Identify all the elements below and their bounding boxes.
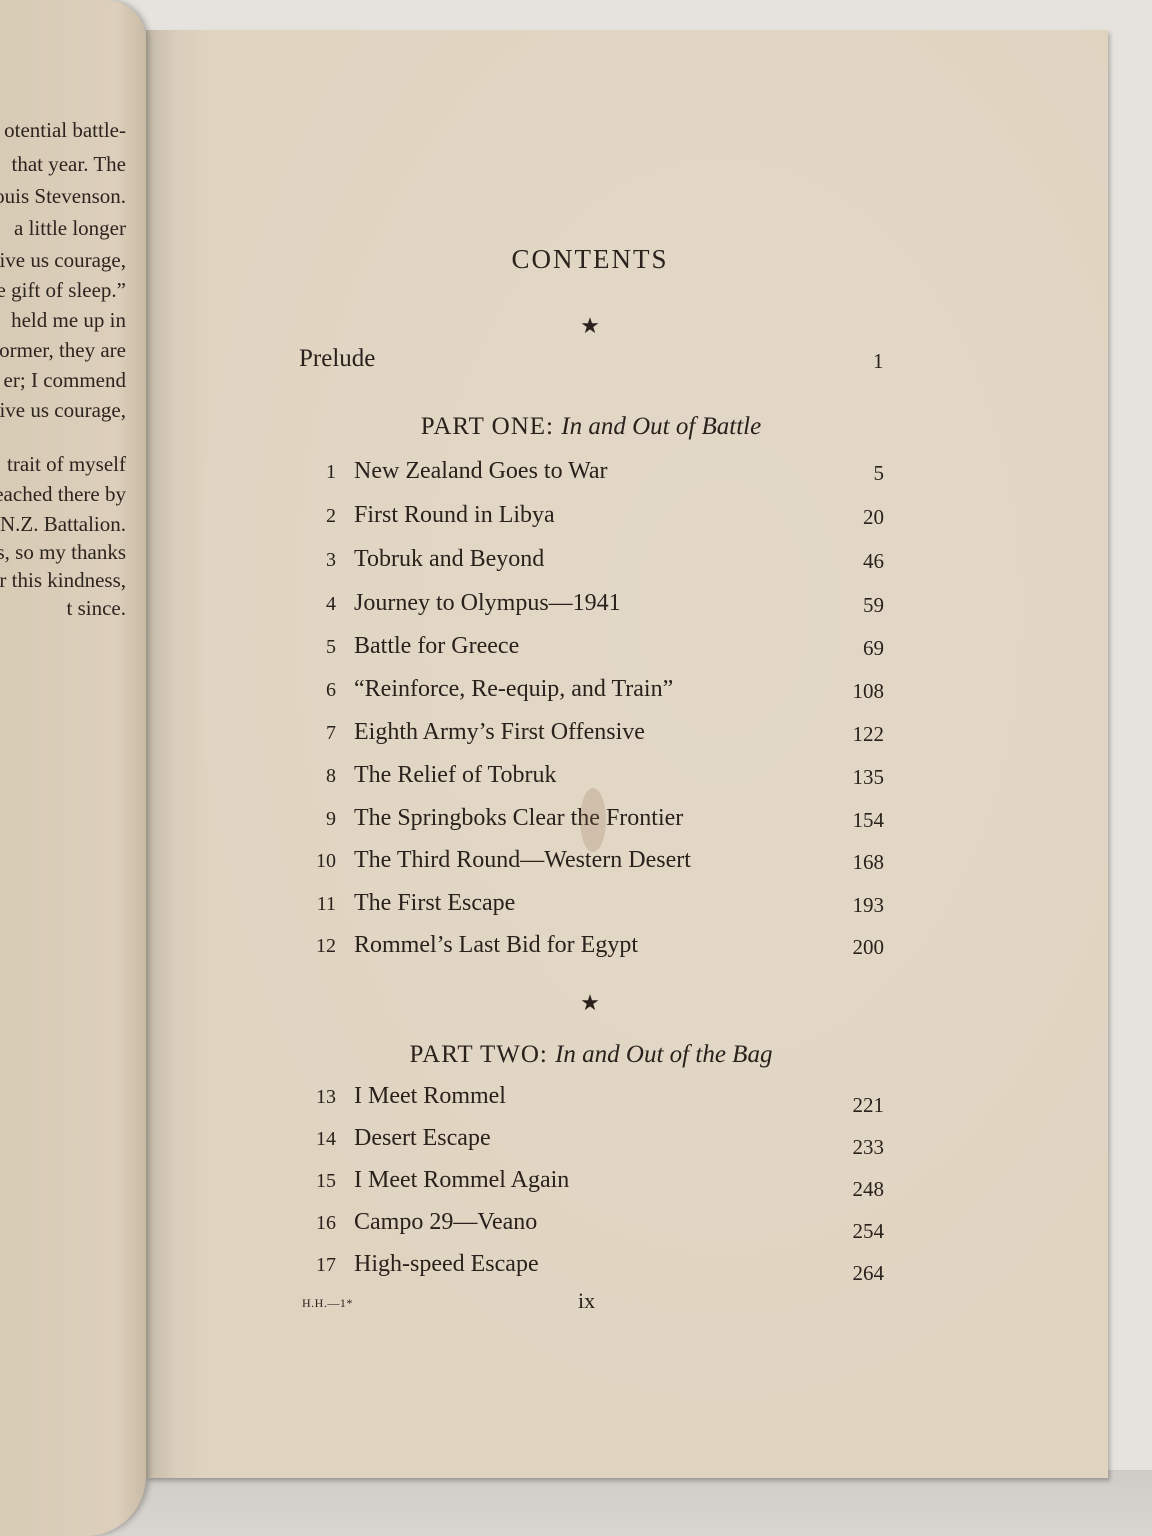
left-page: otential battle- that year. The ouis Ste… — [0, 0, 146, 1536]
chapter-page: 248 — [853, 1177, 885, 1202]
toc-row: 15 I Meet Rommel Again 248 — [300, 1167, 884, 1203]
chapter-number: 4 — [300, 593, 336, 616]
part-subtitle: In and Out of Battle — [561, 413, 761, 440]
chapter-title: Eighth Army’s First Offensive — [354, 719, 645, 746]
chapter-number: 14 — [300, 1128, 336, 1151]
chapter-title: The Relief of Tobruk — [354, 762, 557, 789]
chapter-number: 5 — [300, 636, 336, 659]
left-page-line: es, so my thanks — [0, 540, 126, 565]
left-page-line: trait of myself — [7, 452, 126, 477]
star-divider-icon: ★ — [0, 990, 1152, 1016]
chapter-page: 193 — [853, 893, 885, 918]
prelude-page: 1 — [873, 349, 884, 374]
chapter-number: 8 — [300, 765, 336, 788]
chapter-number: 16 — [300, 1212, 336, 1235]
chapter-page: 221 — [853, 1093, 885, 1118]
chapter-title: “Reinforce, Re-equip, and Train” — [354, 676, 673, 703]
toc-row: 11 The First Escape 193 — [300, 890, 884, 926]
left-page-line: eached there by — [0, 482, 126, 507]
chapter-title: The Springboks Clear the Frontier — [354, 805, 683, 832]
chapter-page: 122 — [853, 722, 885, 747]
toc-row: 1 New Zealand Goes to War 5 — [300, 458, 884, 494]
left-page-line: er; I commend — [4, 368, 126, 393]
chapter-title: I Meet Rommel Again — [354, 1167, 569, 1194]
chapter-page: 5 — [874, 461, 885, 486]
left-page-line: N.Z. Battalion. — [0, 512, 126, 537]
chapter-page: 108 — [853, 679, 885, 704]
part-one-heading: PART ONE: In and Out of Battle — [0, 413, 1152, 441]
chapter-number: 7 — [300, 722, 336, 745]
part-two-heading: PART TWO: In and Out of the Bag — [0, 1041, 1152, 1069]
signature-mark: H.H.—1* — [302, 1296, 353, 1311]
chapter-title: Campo 29—Veano — [354, 1209, 537, 1236]
chapter-page: 46 — [863, 549, 884, 574]
chapter-title: Desert Escape — [354, 1125, 491, 1152]
chapter-title: Tobruk and Beyond — [354, 546, 544, 573]
toc-row: 7 Eighth Army’s First Offensive 122 — [300, 719, 884, 755]
chapter-number: 9 — [300, 808, 336, 831]
toc-row: 4 Journey to Olympus—1941 59 — [300, 590, 884, 626]
star-divider-icon: ★ — [0, 313, 1152, 339]
table-surface — [0, 1470, 1152, 1536]
toc-row: 14 Desert Escape 233 — [300, 1125, 884, 1161]
toc-row: 2 First Round in Libya 20 — [300, 502, 884, 538]
chapter-number: 6 — [300, 679, 336, 702]
chapter-title: New Zealand Goes to War — [354, 458, 608, 485]
chapter-title: The Third Round—Western Desert — [354, 847, 691, 874]
chapter-number: 12 — [300, 935, 336, 958]
chapter-number: 11 — [300, 893, 336, 916]
chapter-title: Battle for Greece — [354, 633, 519, 660]
left-page-line: e gift of sleep.” — [0, 278, 126, 303]
chapter-title: High-speed Escape — [354, 1251, 539, 1278]
chapter-title: Rommel’s Last Bid for Egypt — [354, 932, 638, 959]
chapter-page: 168 — [853, 850, 885, 875]
toc-row: 13 I Meet Rommel 221 — [300, 1083, 884, 1119]
chapter-number: 15 — [300, 1170, 336, 1193]
left-page-line: otential battle- — [4, 118, 126, 143]
chapter-page: 154 — [853, 808, 885, 833]
chapter-number: 2 — [300, 505, 336, 528]
water-stain — [580, 788, 606, 852]
page-number: ix — [578, 1288, 595, 1314]
chapter-page: 69 — [863, 636, 884, 661]
part-label: PART ONE: — [421, 413, 554, 440]
chapter-number: 3 — [300, 549, 336, 572]
toc-row: 3 Tobruk and Beyond 46 — [300, 546, 884, 582]
chapter-number: 10 — [300, 850, 336, 873]
chapter-number: 1 — [300, 461, 336, 484]
chapter-number: 17 — [300, 1254, 336, 1277]
chapter-page: 264 — [853, 1261, 885, 1286]
left-page-line: that year. The — [12, 152, 127, 177]
left-page-line: a little longer — [14, 216, 126, 241]
chapter-page: 20 — [863, 505, 884, 530]
chapter-page: 254 — [853, 1219, 885, 1244]
part-label: PART TWO: — [410, 1041, 548, 1068]
left-page-line: ormer, they are — [0, 338, 126, 363]
chapter-title: First Round in Libya — [354, 502, 555, 529]
toc-row: 5 Battle for Greece 69 — [300, 633, 884, 669]
left-page-line: ouis Stevenson. — [0, 184, 126, 209]
chapter-page: 135 — [853, 765, 885, 790]
toc-row: 6 “Reinforce, Re-equip, and Train” 108 — [300, 676, 884, 712]
part-subtitle: In and Out of the Bag — [555, 1041, 772, 1068]
chapter-page: 59 — [863, 593, 884, 618]
chapter-title: The First Escape — [354, 890, 515, 917]
toc-row: 16 Campo 29—Veano 254 — [300, 1209, 884, 1245]
toc-row: 10 The Third Round—Western Desert 168 — [300, 847, 884, 883]
prelude-title: Prelude — [299, 345, 375, 373]
contents-title: CONTENTS — [0, 244, 1152, 275]
left-page-line: or this kindness, — [0, 568, 126, 593]
left-page-line: t since. — [67, 596, 126, 621]
chapter-page: 200 — [853, 935, 885, 960]
toc-row: 17 High-speed Escape 264 — [300, 1251, 884, 1287]
toc-row: 12 Rommel’s Last Bid for Egypt 200 — [300, 932, 884, 968]
chapter-title: Journey to Olympus—1941 — [354, 590, 621, 617]
chapter-number: 13 — [300, 1086, 336, 1109]
show-through-text — [760, 160, 766, 186]
chapter-page: 233 — [853, 1135, 885, 1160]
chapter-title: I Meet Rommel — [354, 1083, 506, 1110]
